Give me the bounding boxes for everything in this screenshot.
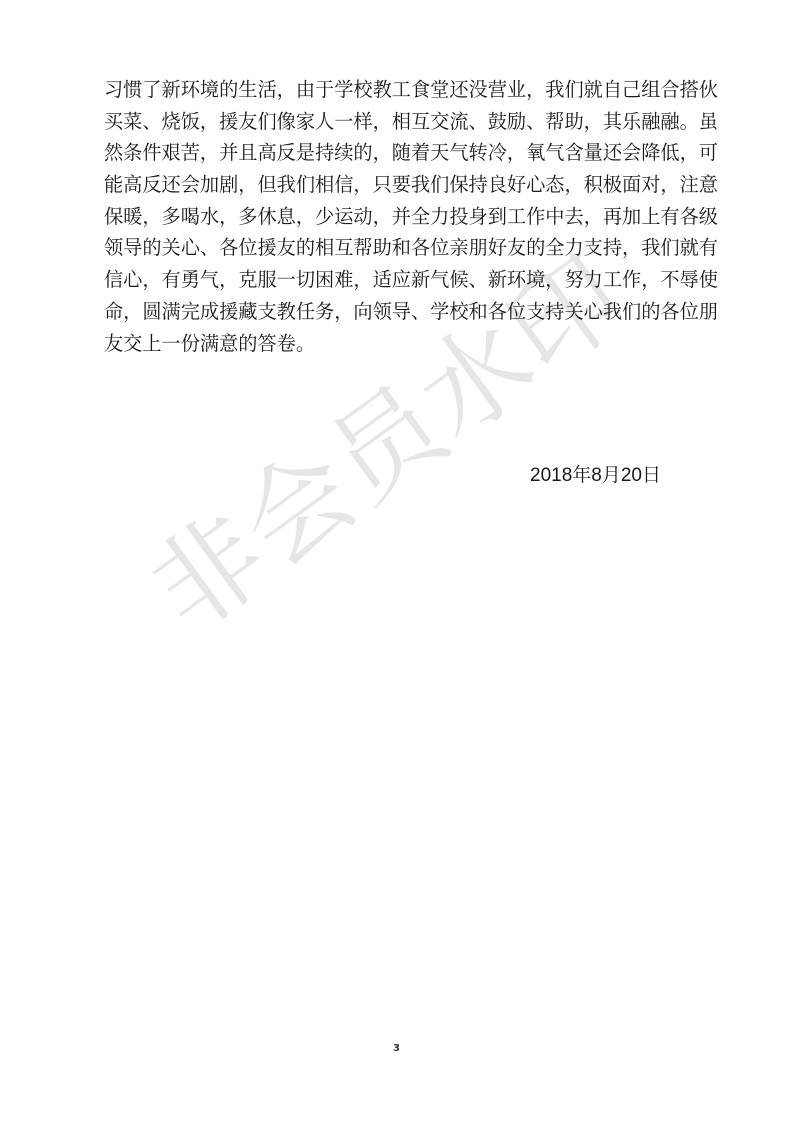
page-number: 3 <box>0 1043 793 1054</box>
paragraph-line: 习惯了新环境的生活，由于学校教工食堂还没营业，我们就自己组合搭伙 <box>104 74 696 106</box>
document-page: 非会员水印 习惯了新环境的生活，由于学校教工食堂还没营业，我们就自己组合搭伙 买… <box>0 0 793 1122</box>
paragraph-line: 友交上一份满意的答卷。 <box>104 328 696 360</box>
paragraph-line: 然条件艰苦，并且高反是持续的，随着天气转冷，氧气含量还会降低，可 <box>104 137 696 169</box>
paragraph-line: 领导的关心、各位援友的相互帮助和各位亲朋好友的全力支持，我们就有 <box>104 232 696 264</box>
signature-date: 2018年8月20日 <box>530 462 661 490</box>
paragraph-line: 命，圆满完成援藏支教任务，向领导、学校和各位支持关心我们的各位朋 <box>104 296 696 328</box>
paragraph-line: 信心，有勇气，克服一切困难，适应新气候、新环境，努力工作，不辱使 <box>104 264 696 296</box>
paragraph-line: 保暖，多喝水，多休息，少运动，并全力投身到工作中去，再加上有各级 <box>104 201 696 233</box>
paragraph-line: 能高反还会加剧，但我们相信，只要我们保持良好心态，积极面对，注意 <box>104 169 696 201</box>
paragraph-line: 买菜、烧饭，援友们像家人一样，相互交流、鼓励、帮助，其乐融融。虽 <box>104 106 696 138</box>
body-paragraph: 习惯了新环境的生活，由于学校教工食堂还没营业，我们就自己组合搭伙 买菜、烧饭，援… <box>104 74 696 359</box>
